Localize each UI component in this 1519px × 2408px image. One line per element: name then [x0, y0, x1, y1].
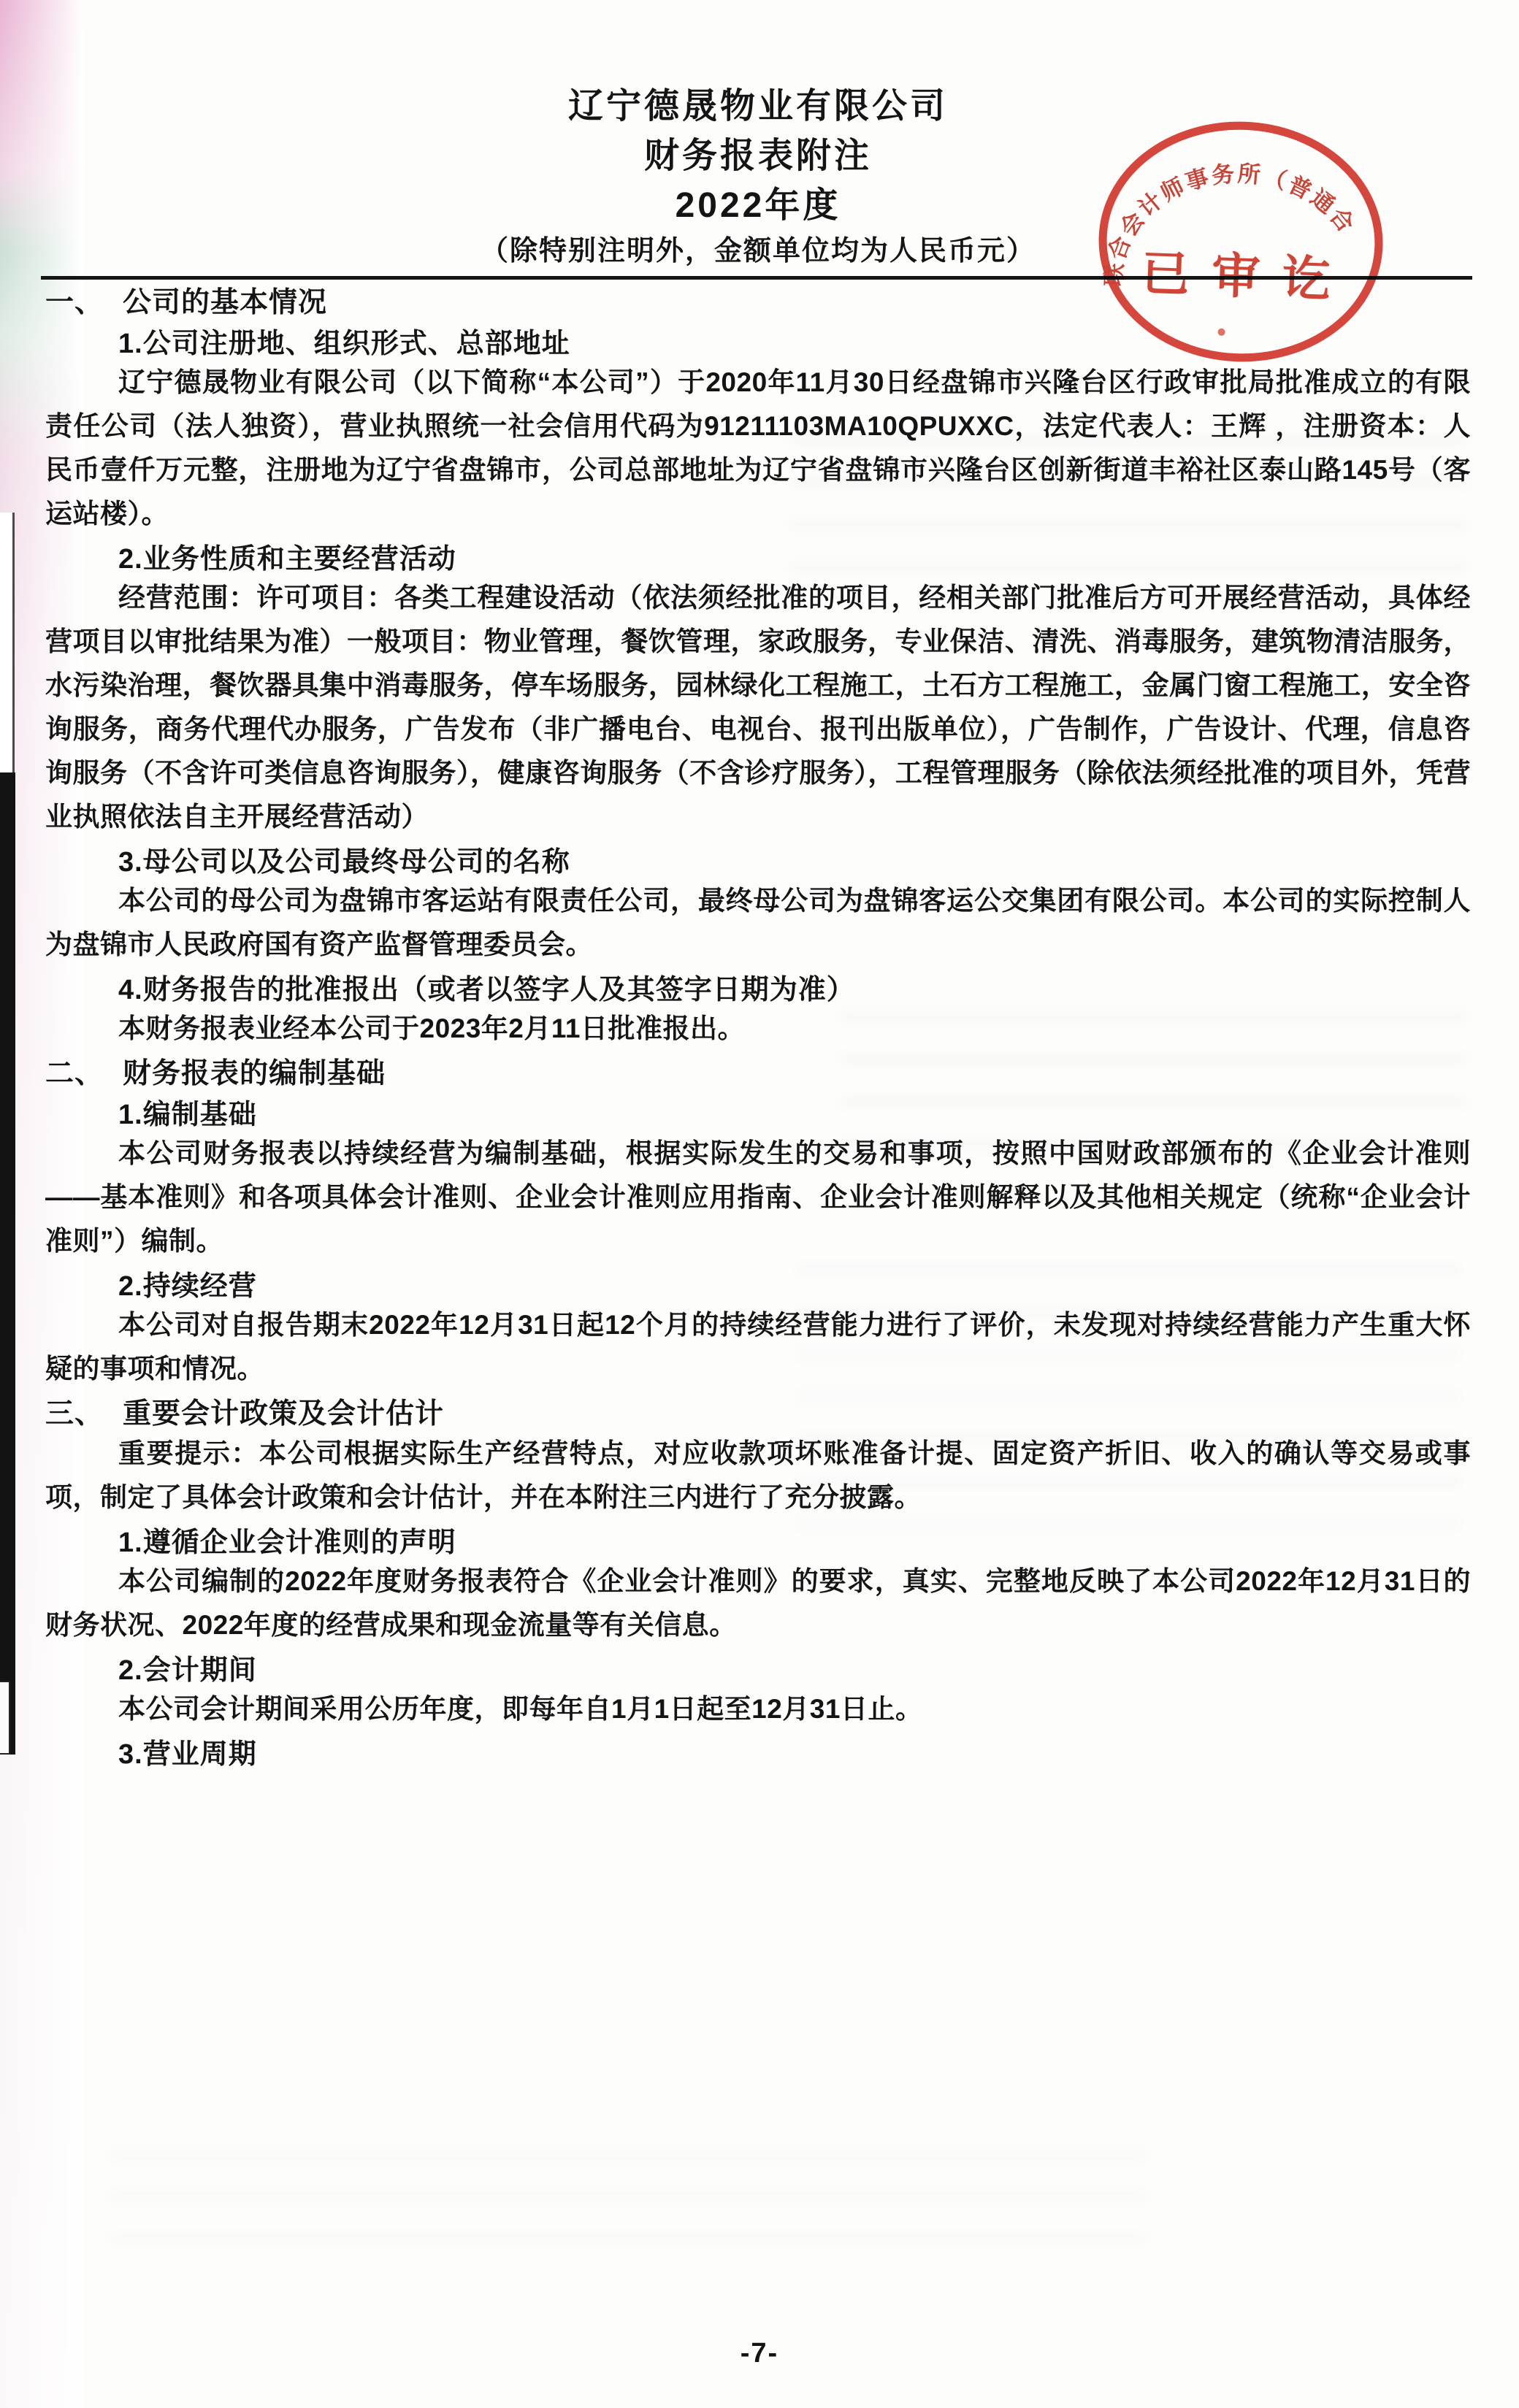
subsection-title-1-3: 3.母公司以及公司最终母公司的名称: [45, 839, 1471, 879]
section-number: 二、: [45, 1058, 104, 1089]
section-heading-3: 三、重要会计政策及会计估计: [45, 1391, 1471, 1432]
page-number: -7-: [0, 2338, 1519, 2369]
stamp-center-text: 已审讫: [1140, 247, 1353, 308]
audit-stamp: 联合会计师事务所（普通合 已审讫: [1090, 112, 1392, 372]
paragraph-1-4: 本财务报表业经本公司于2023年2月11日批准报出。: [45, 1007, 1471, 1051]
paragraph-1-2: 经营范围：许可项目：各类工程建设活动（依法须经批准的项目，经相关部门批准后方可开…: [45, 576, 1471, 839]
section-title: 财务报表的编制基础: [123, 1058, 386, 1089]
subsection-title-1-4: 4.财务报告的批准报出（或者以签字人及其签字日期为准）: [45, 967, 1471, 1007]
section-number: 一、: [45, 287, 104, 318]
subsection-title-3-2: 2.会计期间: [45, 1647, 1471, 1687]
stamp-ink-dot: [1217, 329, 1225, 336]
subsection-title-2-2: 2.持续经营: [45, 1263, 1471, 1303]
paragraph-1-1: 辽宁德晟物业有限公司（以下简称“本公司”）于2020年11月30日经盘锦市兴隆台…: [45, 361, 1471, 536]
section-3-intro: 重要提示：本公司根据实际生产经营特点，对应收款项坏账准备计提、固定资产折旧、收入…: [45, 1432, 1471, 1519]
paragraph-3-2: 本公司会计期间采用公历年度，即每年自1月1日起至12月31日止。: [45, 1687, 1471, 1731]
paragraph-2-2: 本公司对自报告期末2022年12月31日起12个月的持续经营能力进行了评价，未发…: [45, 1303, 1471, 1391]
section-title: 公司的基本情况: [123, 287, 327, 318]
section-title: 重要会计政策及会计估计: [123, 1398, 444, 1430]
stamp-ring: [1099, 121, 1383, 363]
subsection-title-2-1: 1.编制基础: [45, 1092, 1471, 1132]
paragraph-2-1: 本公司财务报表以持续经营为编制基础，根据实际发生的交易和事项，按照中国财政部颁布…: [45, 1132, 1471, 1263]
subsection-title-3-1: 1.遵循企业会计准则的声明: [45, 1519, 1471, 1560]
subsection-title-3-3: 3.营业周期: [45, 1731, 1471, 1771]
paragraph-1-3: 本公司的母公司为盘锦市客运站有限责任公司，最终母公司为盘锦客运公交集团有限公司。…: [45, 879, 1471, 967]
section-number: 三、: [45, 1398, 104, 1430]
paragraph-3-1: 本公司编制的2022年度财务报表符合《企业会计准则》的要求，真实、完整地反映了本…: [45, 1560, 1471, 1647]
subsection-title-1-2: 2.业务性质和主要经营活动: [45, 536, 1471, 576]
section-heading-2: 二、财务报表的编制基础: [45, 1051, 1471, 1092]
